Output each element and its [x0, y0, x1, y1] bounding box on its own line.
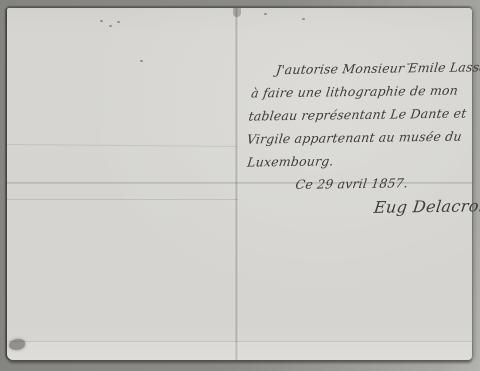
- bottom-light-band: [7, 342, 472, 360]
- scan-background: J'autorise Monsieur Emile Lassalle à fai…: [0, 0, 480, 371]
- letter-line: Luxembourg.: [244, 147, 479, 173]
- horizontal-crease-bottom: [7, 341, 472, 342]
- letter-line: J'autorise Monsieur Emile Lassalle: [243, 55, 478, 81]
- paper-speck: [264, 13, 267, 15]
- letter-line: tableau représentant Le Dante et: [243, 101, 478, 127]
- signature: Eug Delacroix.: [244, 193, 479, 222]
- paper-speck: [140, 60, 143, 62]
- letter-line: à faire une lithographie de mon: [243, 78, 478, 104]
- letter-date: Ce 29 avril 1857.: [244, 170, 479, 196]
- horizontal-crease-left: [7, 199, 238, 200]
- paper-speck: [100, 20, 103, 22]
- fold-top-notch: [233, 8, 241, 17]
- handwritten-note: J'autorise Monsieur Emile Lassalle à fai…: [244, 55, 478, 222]
- horizontal-crease-upper-left: [7, 144, 238, 147]
- vertical-fold-line: [235, 8, 239, 360]
- letter-paper: J'autorise Monsieur Emile Lassalle à fai…: [7, 8, 472, 360]
- paper-smudge: [9, 339, 25, 350]
- paper-speck: [109, 25, 112, 27]
- letter-line: Virgile appartenant au musée du: [244, 124, 479, 150]
- paper-speck: [117, 21, 120, 23]
- paper-speck: [302, 18, 305, 20]
